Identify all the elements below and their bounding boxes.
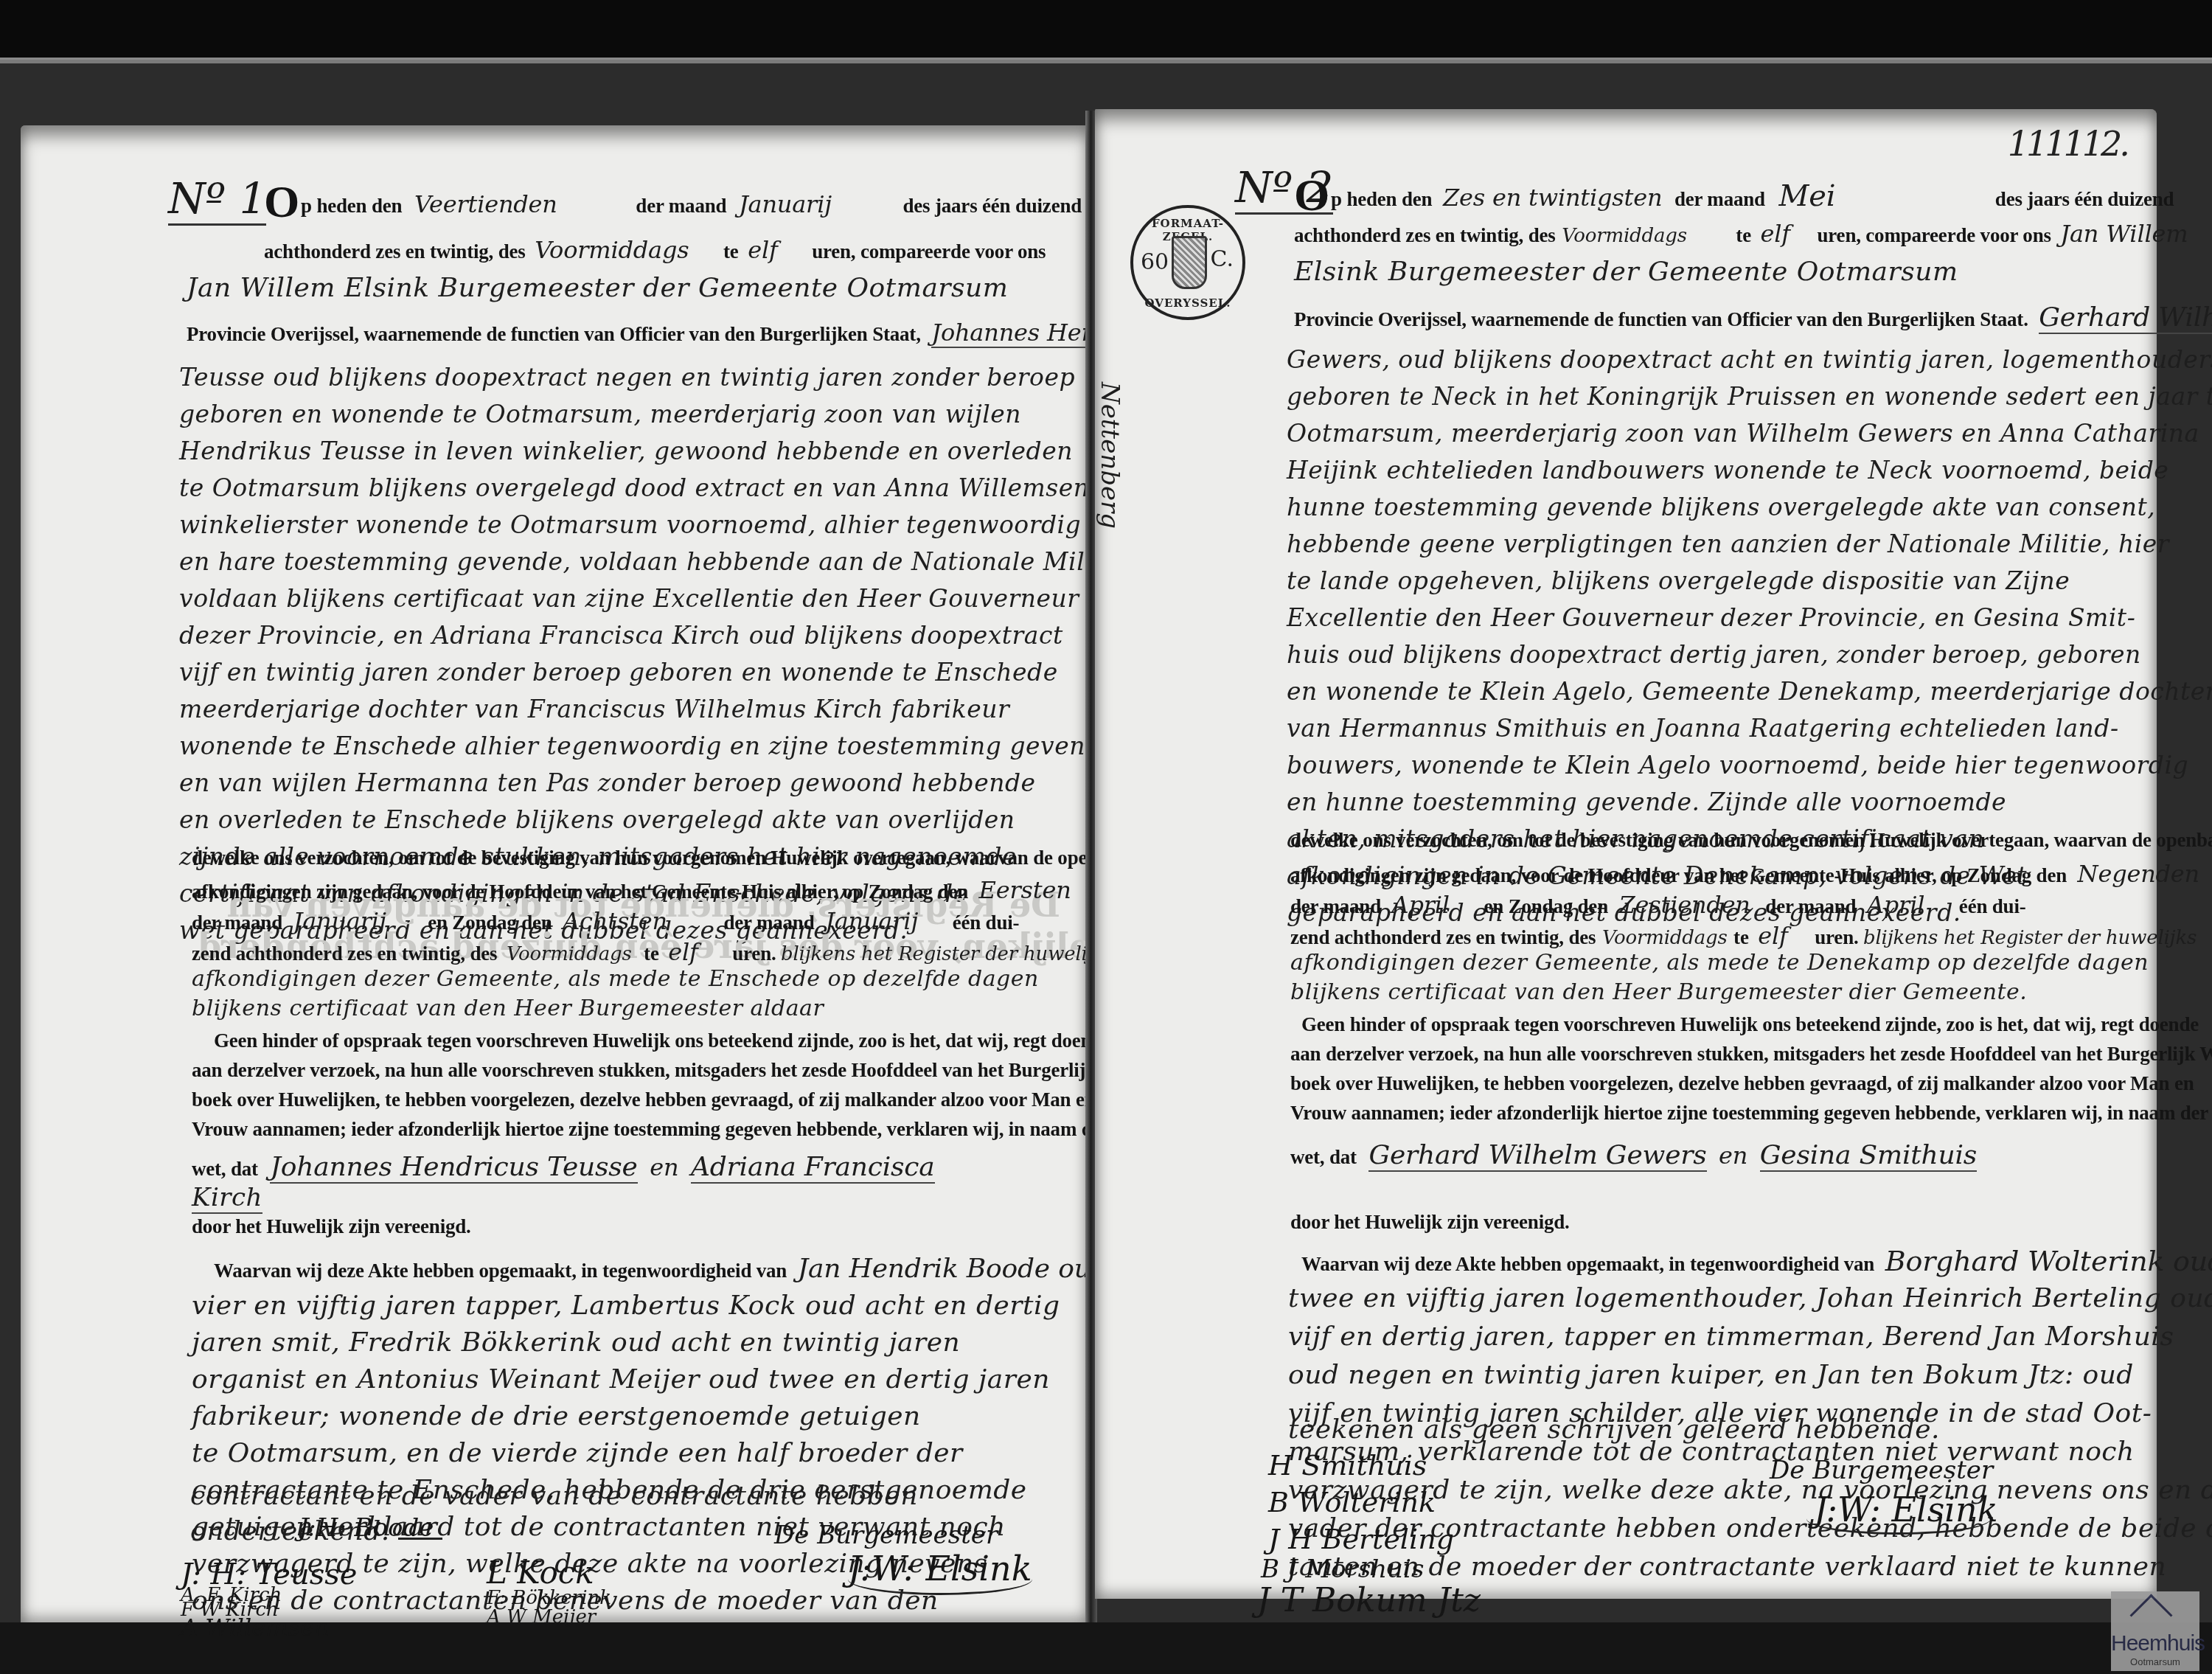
folio-number: 111112. xyxy=(2008,124,2127,164)
signature: J H Berteling xyxy=(1268,1523,1454,1555)
hand-line: fabrikeur; wonende de drie eerstgenoemde… xyxy=(192,1401,921,1431)
hand-line: bouwers, wonende te Klein Agelo voornoem… xyxy=(1287,751,2188,779)
intro-line-4: Provincie Overijssel, waarnemende de fun… xyxy=(1294,302,2212,333)
hand-line: voldaan blijkens certificaat van zijne E… xyxy=(179,584,1079,613)
signature-flourish xyxy=(848,1563,1032,1595)
burgemeester-title: De Burgemeester xyxy=(1770,1456,1993,1485)
signature: L Kock xyxy=(487,1555,594,1591)
printed-line: dewelke ons verzochten, om tot de bevest… xyxy=(1290,829,2212,852)
intro-line-1: Op heden den Zes en twintigsten der maan… xyxy=(1294,179,2174,213)
printed-line: boek over Huwelijken, te hebben voorgele… xyxy=(192,1088,1096,1111)
official-name-line: Jan Willem Elsink Burgemeester der Gemee… xyxy=(187,273,1008,303)
stamp-bottom-text: OVERYSSEL. xyxy=(1133,296,1242,310)
printed-line: boek over Huwelijken, te hebben voorgele… xyxy=(1290,1072,2194,1095)
scan-bottom-strip xyxy=(0,1622,2212,1674)
hand-line: winkelierster wonende te Ootmarsum voorn… xyxy=(179,510,1081,539)
united-line: door het Huwelijk zijn vereenigd. xyxy=(192,1215,471,1238)
printed-line: der maand Januarij en Zondag den Achtste… xyxy=(192,907,1019,935)
right-page: 111112. FORMAAT-ZEGEL. 60 C. OVERYSSEL. … xyxy=(1095,109,2157,1599)
coat-of-arms-icon xyxy=(1172,236,1207,289)
hand-line: vijf en twintig jaren zonder beroep gebo… xyxy=(179,658,1058,687)
hand-line: Ootmarsum, meerderjarig zoon van Wilhelm… xyxy=(1287,419,2199,448)
signature: A W Meijer xyxy=(487,1606,596,1628)
hand-line: Teusse oud blijkens doopextract negen en… xyxy=(179,363,1075,392)
printed-line: Geen hinder of opspraak tegen voorschrev… xyxy=(214,1029,1111,1052)
stamp-value: 60 xyxy=(1141,249,1169,275)
left-page: Nº 1 Op heden den Veertienden der maand … xyxy=(21,125,1088,1622)
scanner-top-band xyxy=(0,0,2212,60)
hand-line: dezer Provincie, en Adriana Francisca Ki… xyxy=(179,621,1063,650)
hand-line: oud negen en twintig jaren kuiper, en Ja… xyxy=(1288,1360,2134,1390)
printed-line: afkondigingen zijn gedaan, voor de Hoofd… xyxy=(192,876,1071,904)
printed-line: zend achthonderd zes en twintig, des Voo… xyxy=(1290,922,2197,950)
hand-line: te Ootmarsum, en de vierde zijnde een ha… xyxy=(192,1438,963,1468)
hand-line: vijf en dertig jaren, tapper en timmerma… xyxy=(1288,1322,2174,1352)
hand-line: wonende te Enschede alhier tegenwoordig … xyxy=(179,732,1116,760)
dash-flourish xyxy=(398,1538,442,1540)
official-name-line: Elsink Burgemeester der Gemeente Ootmars… xyxy=(1294,257,1958,287)
tax-stamp: FORMAAT-ZEGEL. 60 C. OVERYSSEL. xyxy=(1130,205,1245,320)
printed-line: Vrouw aannamen; ieder afzonderlijk hiert… xyxy=(1290,1102,2208,1125)
signature: B J Morshuis xyxy=(1261,1555,1424,1584)
declaration-line: wet, dat Gerhard Wilhelm Gewers en Gesin… xyxy=(1290,1140,1977,1170)
logo-name: Heemhuis xyxy=(2111,1631,2199,1656)
hand-line: en van wijlen Hermanna ten Pas zonder be… xyxy=(179,768,1036,797)
hand-line: afkondigingen dezer Gemeente, als mede t… xyxy=(1290,950,2149,976)
heemhuis-watermark-logo: Heemhuis Ootmarsum xyxy=(2111,1591,2199,1671)
printed-line: aan derzelver verzoek, na hun alle voors… xyxy=(192,1059,1141,1082)
stamp-unit: C. xyxy=(1211,246,1234,272)
declaration-line: wet, dat Johannes Hendricus Teusse en Ad… xyxy=(192,1152,935,1182)
intro-line-2: achthonderd zes en twintig, des Voormidd… xyxy=(264,236,1046,264)
house-roof-icon xyxy=(2130,1594,2173,1637)
hand-line: te Ootmarsum blijkens overgelegd dood ex… xyxy=(179,473,1090,502)
printed-line: zend achthonderd zes en twintig, des Voo… xyxy=(192,938,1114,966)
hand-line: en hunne toestemming gevende. Zijnde all… xyxy=(1287,788,2006,816)
hand-line: twee en vijftig jaren logementhouder, Jo… xyxy=(1288,1283,2212,1313)
hand-line: blijkens certificaat van den Heer Burgem… xyxy=(1290,979,2027,1005)
margin-annotation: Nettenberg xyxy=(1095,382,1124,529)
hand-line: afkondigingen dezer Gemeente, als mede t… xyxy=(192,966,1039,992)
signature: B Wolterink xyxy=(1268,1486,1436,1518)
hand-line: Heijink echtelieden landbouwers wonende … xyxy=(1287,456,2168,485)
hand-line: huis oud blijkens doopextract dertig jar… xyxy=(1287,640,2141,669)
hand-line: geboren te Neck in het Koningrijk Pruiss… xyxy=(1287,382,2212,411)
hand-line: en wonende te Klein Agelo, Gemeente Dene… xyxy=(1287,677,2212,706)
hand-line: van Hermannus Smithuis en Joanna Raatger… xyxy=(1287,714,2119,743)
entry-number: Nº 1 xyxy=(168,173,266,223)
printed-line: der maand April en Zondag den Zestienden… xyxy=(1290,891,2026,919)
intro-line-2: achthonderd zes en twintig, des Voormidd… xyxy=(1294,220,2188,248)
hand-line: contractant en de vader van de contracta… xyxy=(190,1481,918,1511)
hand-line: te lande opgeheven, blijkens overgelegde… xyxy=(1287,566,2070,595)
intro-line-1: Op heden den Veertienden der maand Janua… xyxy=(264,190,1082,218)
signature-flourish xyxy=(1806,1503,1991,1535)
bride-surname: Kirch xyxy=(192,1183,262,1214)
hand-line: jaren smit, Fredrik Bökkerink oud acht e… xyxy=(192,1327,960,1358)
intro-line-4: Provincie Overijssel, waarnemende de fun… xyxy=(187,319,1170,347)
printed-line: aan derzelver verzoek, na hun alle voors… xyxy=(1290,1043,2212,1066)
hand-line: teekenen als geen schrijven geleerd hebb… xyxy=(1288,1414,1940,1445)
hand-line: hebbende geene verpligtingen ten aanzien… xyxy=(1287,529,2169,558)
printed-line: dewelke ons verzochten, om tot de bevest… xyxy=(192,847,1135,869)
burgemeester-title: De Burgemeester xyxy=(774,1521,998,1550)
hand-line: vier en vijftig jaren tapper, Lambertus … xyxy=(192,1291,1060,1321)
hand-line: blijkens certificaat van den Heer Burgem… xyxy=(192,996,824,1021)
hand-line: organist en Antonius Weinant Meijer oud … xyxy=(192,1364,1050,1395)
hand-line: geboren en wonende te Ootmarsum, meerder… xyxy=(179,400,1021,428)
hand-line: meerderjarige dochter van Franciscus Wil… xyxy=(179,695,1009,723)
printed-line: afkondigingen zijn gedaan, voor de Hoofd… xyxy=(1290,860,2199,888)
hand-line: en hare toestemming gevende, voldaan heb… xyxy=(179,547,1126,576)
witness-intro: Waarvan wij deze Akte hebben opgemaakt, … xyxy=(214,1254,1107,1284)
printed-line: Geen hinder of opspraak tegen voorschrev… xyxy=(1301,1013,2199,1036)
hand-line: Excellentie den Heer Gouverneur dezer Pr… xyxy=(1287,603,2135,632)
logo-place: Ootmarsum xyxy=(2111,1656,2199,1667)
signature: J T Bokum Jtz xyxy=(1257,1582,1481,1619)
united-line: door het Huwelijk zijn vereenigd. xyxy=(1290,1211,1570,1234)
witness-intro: Waarvan wij deze Akte hebben opgemaakt, … xyxy=(1301,1245,2212,1277)
printed-line: Vrouw aannamen; ieder afzonderlijk hiert… xyxy=(192,1118,1110,1141)
hand-line: Gewers, oud blijkens doopextract acht en… xyxy=(1287,345,2212,374)
signature: H Smithuis xyxy=(1268,1449,1427,1482)
hand-line: en overleden te Enschede blijkens overge… xyxy=(179,805,1015,834)
hand-line: hunne toestemming gevende blijkens overg… xyxy=(1287,493,2155,521)
hand-line: Hendrikus Teusse in leven winkelier, gew… xyxy=(179,437,1073,465)
signature: A Willemsen xyxy=(181,1614,330,1642)
